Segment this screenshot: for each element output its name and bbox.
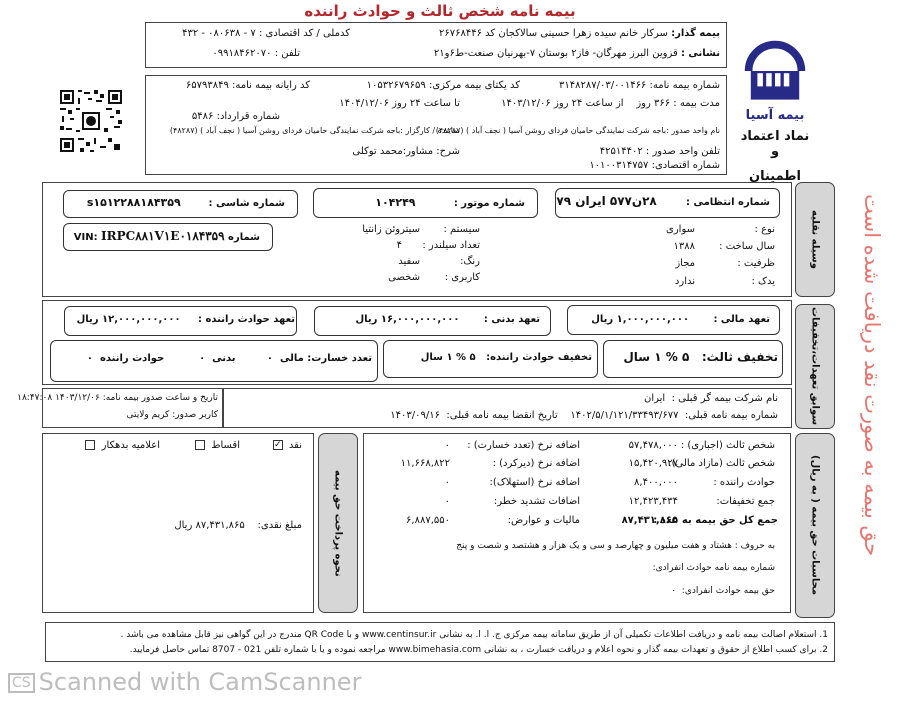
divider (222, 388, 224, 428)
national-code-value: ۷ - ۰۸۰۶۳۸ - ۴۳۲ (182, 28, 256, 39)
footer-line-2: 2. برای کسب اطلاع از حقوق و تعهدات بیمه … (130, 645, 828, 655)
to-label: تا ساعت ۲۴ روز (392, 98, 460, 109)
vin-value: IRPC۸۸۱V۱E۰۱۸۴۳۵۹ (101, 229, 225, 243)
economic-value: ۱۰۱۰۰۳۱۴۷۵۷ (589, 160, 648, 171)
unique-code-label: کد یکتای بیمه مرکزی: (429, 80, 520, 91)
footer-notes (45, 622, 835, 662)
driver-discount-label: تخفیف حوادث راننده: (486, 352, 592, 363)
bodily-value: ۱۶,۰۰۰,۰۰۰,۰۰۰ ریال (355, 314, 459, 325)
engine-label: شماره موتور : (454, 198, 525, 209)
policy-number-value: ۳۱۴۸۲۸۷/۰۳/۰۰۱۴۶۶ (559, 80, 646, 91)
unique-code-value: ۱۰۵۳۲۶۷۹۶۵۹ (367, 80, 426, 91)
year-value: ۱۳۸۸ (674, 241, 695, 252)
contract-label: شماره قرارداد: (217, 111, 280, 122)
insurer-label: بیمه گذار: (671, 28, 720, 39)
cash-amount-label: مبلغ نقدی: (258, 520, 302, 531)
brand-name: بیمه آسیا (735, 108, 815, 123)
slogan-line1: نماد اعتماد و (735, 129, 815, 159)
from-value: ۱۴۰۳/۱۲/۰۶ (501, 98, 551, 109)
debtor-checkbox[interactable] (85, 440, 95, 450)
to-value: ۱۴۰۴/۱۲/۰۶ (339, 98, 389, 109)
chassis-label: شماره شاسی : (209, 198, 285, 209)
address-label: نشانی : (681, 48, 720, 59)
issue-datetime-value: ۱۴۰۳/۱۲/۰۶ ۱۸:۴۷:۰۸ (17, 393, 100, 403)
financial-value: ۱,۰۰۰,۰۰۰,۰۰۰ ریال (591, 314, 689, 325)
prev-policy-value: ۱۴۰۲/۵/۱/۱۲۱/۳۳۴۹۳/۶۷۷ (570, 410, 678, 421)
camscanner-watermark: CSScanned with CamScanner (8, 668, 361, 696)
coverage-tab: سوابق تعهدات،تخفیفات (795, 304, 835, 429)
driver-value: ۱۲,۰۰۰,۰۰۰,۰۰۰ ریال (77, 314, 181, 325)
type-value: سواری (666, 224, 695, 235)
agent: نماینده / کارگزار :باجه شرکت نمایندگی حا… (170, 126, 460, 135)
qr-code-icon (58, 88, 124, 154)
issuer-phone-value: ۴۲۵۱۴۴۰۲ (600, 146, 643, 157)
vehicle-tab: وسیله نقلیه (795, 182, 835, 297)
third-discount-label: تخفیف ثالث: (702, 350, 778, 364)
description: شرح: مشاور:محمد توکلی (352, 146, 460, 157)
address-value: قزوین البرز مهرگان- فاز۲ بوستان ۷-بهرنیا… (434, 48, 678, 59)
installment-label: اقساط (211, 440, 240, 451)
duration-value: ۳۶۶ روز (636, 98, 670, 109)
engine-value: ۱۰۴۲۴۹ (375, 196, 415, 209)
contract-value: ۵۴۸۶ (192, 111, 213, 122)
usage-value: شخصی (388, 272, 420, 283)
bodily-label: تعهد بدنی : (484, 314, 540, 325)
phone-label: تلفن : (275, 48, 300, 59)
driver-label: تعهد حوادث راننده : (198, 314, 295, 325)
debtor-label: اعلامیه بدهکار (102, 440, 160, 451)
prev-expiry-value: ۱۴۰۳/۰۹/۱۶ (390, 410, 440, 421)
from-label: از ساعت ۲۴ روز (554, 98, 624, 109)
economic-label: شماره اقتصادی: (652, 160, 720, 171)
cash-label: نقد (289, 440, 302, 451)
footer-line-1: 1. استعلام اصالت بیمه نامه و دریافت اطلا… (121, 630, 828, 640)
issuer-unit: نام واحد صدور :باجه شرکت نمایندگی حامیان… (436, 126, 720, 135)
cylinders-value: ۴ (397, 240, 402, 251)
asia-insurance-logo: بیمه آسیا نماد اعتماد و اطمینان (735, 38, 815, 184)
capacity-value: مجاز (675, 258, 695, 269)
duration-label: مدت بیمه : (673, 98, 720, 109)
national-code-label: کدملی / کد اقتصادی : (259, 28, 350, 39)
policy-number-label: شماره بیمه نامه: (650, 80, 721, 91)
premium-in-words: به حروف : هشتاد و هفت میلیون و چهارصد و … (456, 541, 775, 551)
cash-checkbox[interactable]: ✓ (273, 440, 283, 450)
document-title: بیمه نامه شخص ثالث و حوادث راننده (240, 2, 640, 20)
financial-label: تعهد مالی : (713, 314, 770, 325)
prev-company-value: ایران (644, 393, 665, 404)
issuer-user: کاربر صدور: کریم ولایتی (127, 410, 218, 420)
phone-value: ۰۹۹۱۸۴۶۲۰۷۰ (212, 48, 271, 59)
asia-logo-icon (742, 38, 808, 104)
insurer-value: سرکار خانم سیده زهرا حسینی سالاکجان کد ۲… (439, 28, 668, 39)
payment-note: حق بیمه به صورت نقد دریافت شده است (852, 185, 892, 565)
plate-label: شماره انتظامی : (686, 197, 770, 208)
individual-premium-value: ۰ (671, 586, 676, 596)
claims-label: تعدد خسارت: مالی (280, 353, 372, 364)
individual-policy-label: شماره بیمه نامه حوادث انفرادی: (653, 563, 775, 573)
payment-tab: نحوه پرداخت حق بیمه (318, 433, 358, 613)
cash-amount-value: ۸۷,۴۳۱,۸۶۵ ریال (174, 520, 244, 531)
plate-value: ۲۸ن۵۷۷ ایران ۷۹ (556, 194, 656, 208)
issuer-phone-label: تلفن واحد صدور : (646, 146, 720, 157)
third-discount-value: ۵ % ۱ سال (623, 350, 689, 364)
computer-code-label: کد رایانه بیمه نامه: (232, 80, 310, 91)
system-value: سیتروئن زانتیا (362, 224, 420, 235)
chassis-value: s۱۵۱۲۲۸۸۱۸۴۳۵۹ (87, 196, 181, 209)
premium-tab: محاسبات حق بیمه ( به ریال) (795, 433, 835, 618)
color-value: سفید (398, 256, 420, 267)
installment-checkbox[interactable] (195, 440, 205, 450)
camscanner-icon: CS (8, 673, 35, 693)
trailer-value: ندارد (675, 276, 695, 287)
driver-discount-value: ۵ % ۱ سال (421, 352, 476, 363)
computer-code-value: ۶۵۷۹۳۸۴۹ (186, 80, 229, 91)
